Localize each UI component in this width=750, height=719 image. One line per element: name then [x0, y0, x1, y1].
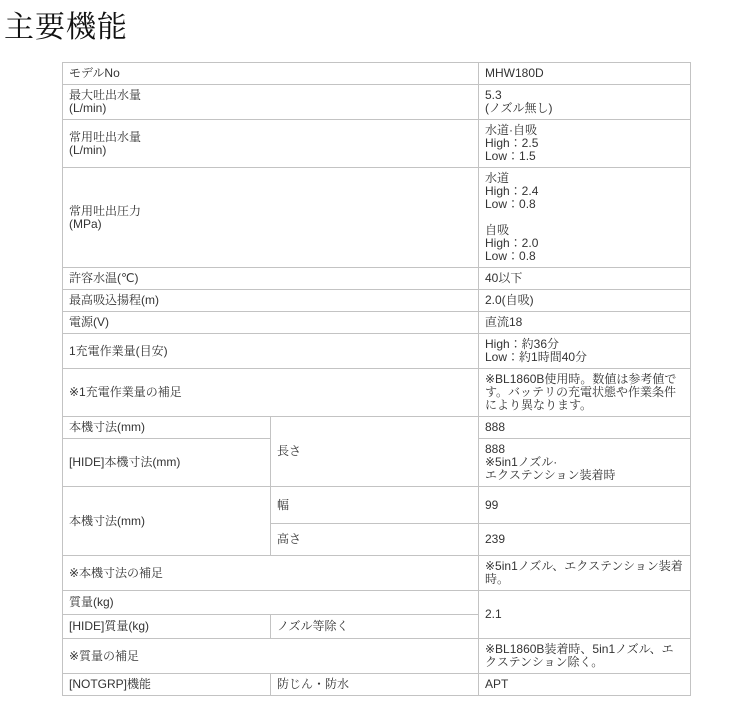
table-row: 本機寸法(mm) 幅 99 — [63, 487, 691, 524]
table-row: 1充電作業量(目安) High：約36分 Low：約1時間40分 — [63, 334, 691, 369]
spec-value: 直流18 — [479, 312, 691, 334]
spec-label: 許容水温(℃) — [63, 268, 479, 290]
table-row: 常用吐出水量 (L/min) 水道·自吸 High：2.5 Low：1.5 — [63, 120, 691, 168]
spec-label: [HIDE]質量(kg) — [63, 615, 271, 639]
spec-value: 99 — [479, 487, 691, 524]
spec-subcategory: 防じん・防水 — [271, 674, 479, 696]
spec-value: ※BL1860B使用時。数値は参考値です。バッテリの充電状態や作業条件により異な… — [479, 369, 691, 417]
spec-value: MHW180D — [479, 63, 691, 85]
table-row: [NOTGRP]機能 防じん・防水 APT — [63, 674, 691, 696]
table-row: 常用吐出圧力 (MPa) 水道 High：2.4 Low：0.8 自吸 High… — [63, 168, 691, 268]
spec-label: ※1充電作業量の補足 — [63, 369, 479, 417]
spec-label: 本機寸法(mm) — [63, 487, 271, 556]
spec-subcategory: 長さ — [271, 417, 479, 487]
spec-label: 最大吐出水量 (L/min) — [63, 85, 479, 120]
table-row: 本機寸法(mm) 長さ 888 — [63, 417, 691, 439]
table-row: 質量(kg) 2.1 — [63, 591, 691, 615]
spec-label: 常用吐出圧力 (MPa) — [63, 168, 479, 268]
spec-value: 5.3 (ノズル無し) — [479, 85, 691, 120]
table-row: 許容水温(℃) 40以下 — [63, 268, 691, 290]
spec-label: [HIDE]本機寸法(mm) — [63, 439, 271, 487]
spec-table: モデルNo MHW180D 最大吐出水量 (L/min) 5.3 (ノズル無し)… — [62, 62, 691, 696]
spec-label: 質量(kg) — [63, 591, 479, 615]
spec-subcategory: 幅 — [271, 487, 479, 524]
spec-value: 2.0(自吸) — [479, 290, 691, 312]
table-row: 最大吐出水量 (L/min) 5.3 (ノズル無し) — [63, 85, 691, 120]
spec-value: High：約36分 Low：約1時間40分 — [479, 334, 691, 369]
spec-value: ※BL1860B装着時、5in1ノズル、エクステンション除く。 — [479, 639, 691, 674]
spec-value: 2.1 — [479, 591, 691, 639]
table-row: 電源(V) 直流18 — [63, 312, 691, 334]
page-title: 主要機能 — [4, 9, 750, 47]
spec-label: 電源(V) — [63, 312, 479, 334]
spec-value: 888 ※5in1ノズル· エクステンション装着時 — [479, 439, 691, 487]
spec-label: ※質量の補足 — [63, 639, 479, 674]
table-row: ※質量の補足 ※BL1860B装着時、5in1ノズル、エクステンション除く。 — [63, 639, 691, 674]
spec-value: 水道·自吸 High：2.5 Low：1.5 — [479, 120, 691, 168]
spec-value: 水道 High：2.4 Low：0.8 自吸 High：2.0 Low：0.8 — [479, 168, 691, 268]
spec-value: 239 — [479, 524, 691, 556]
spec-label: 最高吸込揚程(m) — [63, 290, 479, 312]
spec-value: APT — [479, 674, 691, 696]
spec-value: ※5in1ノズル、エクステンション装着時。 — [479, 556, 691, 591]
spec-page: 主要機能 モデルNo MHW180D 最大吐出水量 (L/min) 5.3 (ノ… — [0, 0, 750, 719]
table-row: ※本機寸法の補足 ※5in1ノズル、エクステンション装着時。 — [63, 556, 691, 591]
spec-label: 本機寸法(mm) — [63, 417, 271, 439]
spec-label: 1充電作業量(目安) — [63, 334, 479, 369]
table-row: ※1充電作業量の補足 ※BL1860B使用時。数値は参考値です。バッテリの充電状… — [63, 369, 691, 417]
spec-value: 888 — [479, 417, 691, 439]
spec-subcategory: 高さ — [271, 524, 479, 556]
table-row: モデルNo MHW180D — [63, 63, 691, 85]
spec-label: モデルNo — [63, 63, 479, 85]
spec-subcategory: ノズル等除く — [271, 615, 479, 639]
spec-label: [NOTGRP]機能 — [63, 674, 271, 696]
spec-label: ※本機寸法の補足 — [63, 556, 479, 591]
table-row: 最高吸込揚程(m) 2.0(自吸) — [63, 290, 691, 312]
spec-label: 常用吐出水量 (L/min) — [63, 120, 479, 168]
spec-value: 40以下 — [479, 268, 691, 290]
